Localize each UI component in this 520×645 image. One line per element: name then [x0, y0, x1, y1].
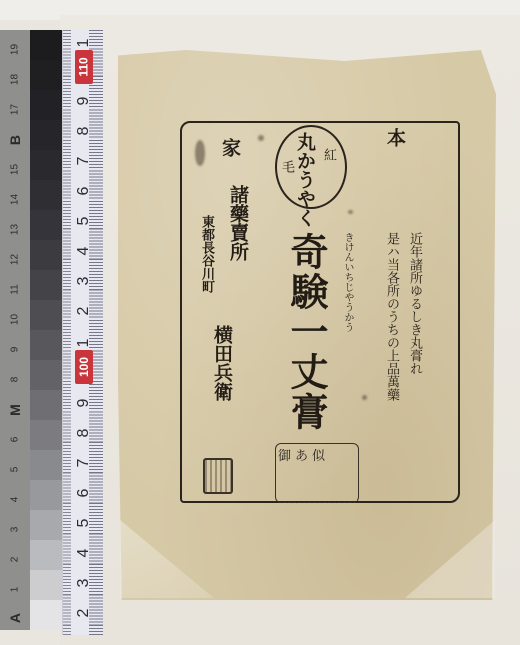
- gray-patch: [30, 120, 62, 150]
- gray-patch: [30, 390, 62, 420]
- address-text: 東都長谷川町: [200, 215, 213, 293]
- gray-patch: [30, 150, 62, 180]
- gs-label: 18: [10, 68, 21, 92]
- gs-label: 15: [10, 158, 21, 182]
- gs-label: 13: [10, 218, 21, 242]
- gray-patch: [30, 210, 62, 240]
- gs-label: B: [7, 128, 23, 152]
- gray-patch: [30, 90, 62, 120]
- ink-smudge: [362, 395, 367, 400]
- measuring-ruler: 1 110 9 8 7 6 5 4 3 2 1 100 9 8 7 6 5 4 …: [62, 30, 103, 635]
- ink-smudge: [258, 135, 264, 141]
- gray-patch: [30, 600, 62, 630]
- gray-patch: [30, 510, 62, 540]
- ruler-number: 4: [75, 240, 93, 262]
- gray-patch: [30, 570, 62, 600]
- ruler-number: 7: [75, 452, 93, 474]
- gs-label: 5: [10, 458, 21, 482]
- ruler-number: 8: [75, 422, 93, 444]
- gs-label: 10: [10, 308, 21, 332]
- gs-label: 11: [10, 278, 21, 302]
- gray-patch: [30, 240, 62, 270]
- ruler-number: 9: [75, 90, 93, 112]
- gs-label: A: [7, 606, 23, 630]
- gs-label: 3: [10, 518, 21, 542]
- main-title: 奇験一丈膏: [287, 232, 325, 432]
- gray-patch: [30, 540, 62, 570]
- gray-patch: [30, 300, 62, 330]
- gray-patch: [30, 180, 62, 210]
- gray-patch: [30, 360, 62, 390]
- ruler-badge: 110: [75, 50, 93, 84]
- ink-smudge: [195, 140, 205, 166]
- top-right-mark: 本: [385, 128, 404, 147]
- grayscale-card: 19 18 17 B 15 14 13 12 11 10 9 8 M 6 5 4…: [0, 30, 30, 630]
- ruler-number: 6: [75, 482, 93, 504]
- gray-patch: [30, 30, 62, 60]
- gs-label: 2: [10, 548, 21, 572]
- gray-patch: [30, 450, 62, 480]
- gs-label: 4: [10, 488, 21, 512]
- gray-patch: [30, 270, 62, 300]
- proprietor-name: 横田兵衛: [212, 325, 231, 401]
- ruler-ticks: [63, 30, 71, 635]
- main-title-furigana: きけんいちじやうかう: [342, 232, 352, 332]
- ruler-number: 2: [75, 602, 93, 624]
- gs-label: 8: [10, 368, 21, 392]
- gs-label: 6: [10, 428, 21, 452]
- ruler-number: 6: [75, 180, 93, 202]
- gray-patch: [30, 330, 62, 360]
- description-line-1: 近年諸所ゆるしき丸膏れ: [408, 232, 421, 375]
- house-mark: 家: [220, 138, 239, 157]
- ruler-number: 3: [75, 572, 93, 594]
- grayscale-patches: [30, 30, 62, 630]
- circle-left-mark: 毛: [280, 160, 293, 173]
- seller-text: 諸藥賣所: [228, 185, 247, 261]
- gs-label: 14: [10, 188, 21, 212]
- description-line-2: 是ハ当各所のうちの上品萬藥: [385, 232, 398, 401]
- ruler-badge: 100: [75, 350, 93, 384]
- ruler-number: 5: [75, 512, 93, 534]
- ruler-number: 4: [75, 542, 93, 564]
- ruler-number: 8: [75, 120, 93, 142]
- circle-brand-text: 丸かうやく: [295, 132, 314, 227]
- gs-label: 17: [10, 98, 21, 122]
- gray-patch: [30, 60, 62, 90]
- stamp-box-text: 御あ似: [278, 445, 329, 464]
- ruler-number: 7: [75, 150, 93, 172]
- square-seal-stamp: [203, 458, 233, 494]
- gs-label: 1: [10, 578, 21, 602]
- gs-label: 9: [10, 338, 21, 362]
- ruler-number: 5: [75, 210, 93, 232]
- circle-right-mark: 紅: [322, 148, 335, 161]
- gs-label: M: [7, 398, 23, 422]
- gs-label: 12: [10, 248, 21, 272]
- ruler-badge-label: 110: [77, 57, 91, 76]
- ink-smudge: [348, 210, 353, 214]
- ruler-number: 3: [75, 270, 93, 292]
- ruler-number: 2: [75, 300, 93, 322]
- gray-patch: [30, 420, 62, 450]
- gs-label: 19: [10, 38, 21, 62]
- ruler-number: 9: [75, 392, 93, 414]
- gray-patch: [30, 480, 62, 510]
- ruler-badge-label: 100: [77, 357, 91, 377]
